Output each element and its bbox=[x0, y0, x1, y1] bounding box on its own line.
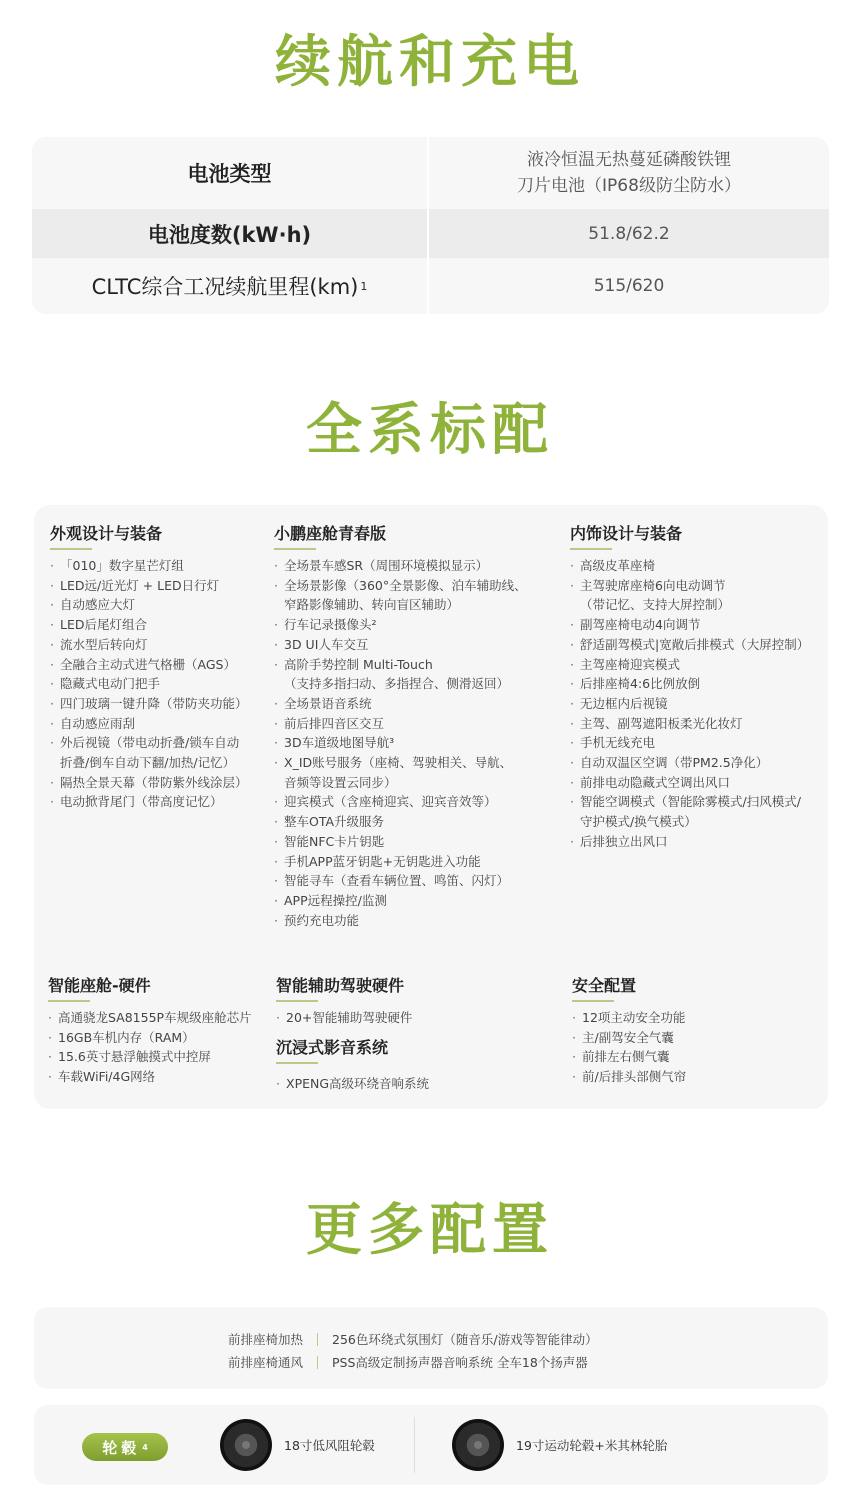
more-config-left: 前排座椅加热 bbox=[228, 1330, 303, 1348]
feature-group-cockpit-hardware: 智能座舱-硬件 高通骁龙SA8155P车规级座舱芯片16GB车机内存（RAM）1… bbox=[48, 973, 273, 1087]
standard-features-card: 外观设计与装备 「010」数字星芒灯组LED远/近光灯 + LED日行灯自动感应… bbox=[34, 505, 828, 1109]
feature-item: APP远程操控/监测 bbox=[274, 891, 564, 911]
feature-item: 主/副驾安全气囊 bbox=[572, 1028, 812, 1048]
more-config-row: 前排座椅加热 256色环绕式氛围灯（随音乐/游戏等智能律动） bbox=[228, 1330, 598, 1348]
feature-item: 守护模式/换气模式） bbox=[570, 812, 830, 832]
wheel-18-icon bbox=[220, 1419, 272, 1471]
feature-item: 迎宾模式（含座椅迎宾、迎宾音效等） bbox=[274, 792, 564, 812]
spec-label-text: 电池度数(kW·h) bbox=[148, 219, 311, 249]
feature-item: 后排独立出风口 bbox=[570, 832, 830, 852]
feature-item: LED后尾灯组合 bbox=[50, 615, 275, 635]
feature-item: LED远/近光灯 + LED日行灯 bbox=[50, 576, 275, 596]
feature-item: 自动双温区空调（带PM2.5净化） bbox=[570, 753, 830, 773]
feature-item: 高阶手势控制 Multi-Touch bbox=[274, 655, 564, 675]
feature-item: 前/后排头部侧气帘 bbox=[572, 1067, 812, 1087]
feature-item: 行车记录摄像头² bbox=[274, 615, 564, 635]
section-title-more: 更多配置 bbox=[0, 1186, 860, 1266]
feature-item: 3D UI人车交互 bbox=[274, 635, 564, 655]
feature-item: 流水型后转向灯 bbox=[50, 635, 275, 655]
feature-group-safety: 安全配置 12项主动安全功能主/副驾安全气囊前排左右侧气囊前/后排头部侧气帘 bbox=[572, 973, 812, 1087]
more-config-row: 前排座椅通风 PSS高级定制扬声器音响系统 全车18个扬声器 bbox=[228, 1353, 588, 1371]
feature-item: 16GB车机内存（RAM） bbox=[48, 1028, 273, 1048]
feature-list: 12项主动安全功能主/副驾安全气囊前排左右侧气囊前/后排头部侧气帘 bbox=[572, 1008, 812, 1087]
feature-item: 后排座椅4:6比例放倒 bbox=[570, 674, 830, 694]
feature-group-adas-hardware: 智能辅助驾驶硬件 20+智能辅助驾驶硬件 bbox=[276, 973, 556, 1028]
feature-item: 智能寻车（查看车辆位置、鸣笛、闪灯） bbox=[274, 871, 564, 891]
spec-value: 液冷恒温无热蔓延磷酸铁锂 刀片电池（IP68级防尘防水） bbox=[429, 137, 829, 209]
feature-group-title: 小鹏座舱青春版 bbox=[274, 521, 386, 550]
battery-spec-table: 电池类型 液冷恒温无热蔓延磷酸铁锂 刀片电池（IP68级防尘防水） 电池度数(k… bbox=[32, 137, 829, 314]
feature-item: 主驾座椅迎宾模式 bbox=[570, 655, 830, 675]
feature-item: 隔热全景天幕（带防紫外线涂层） bbox=[50, 773, 275, 793]
wheel-option-label: 19寸运动轮毂+米其林轮胎 bbox=[516, 1436, 667, 1454]
spec-label-text: 电池类型 bbox=[188, 158, 272, 188]
feature-item: 窄路影像辅助、转向盲区辅助） bbox=[274, 595, 564, 615]
wheel-option-19: 19寸运动轮毂+米其林轮胎 bbox=[452, 1419, 667, 1471]
spec-value-line: 液冷恒温无热蔓延磷酸铁锂 bbox=[527, 147, 731, 173]
feature-item: 全场景影像（360°全景影像、泊车辅助线、 bbox=[274, 576, 564, 596]
spec-label-text: CLTC综合工况续航里程(km) bbox=[92, 271, 359, 301]
spec-label: 电池度数(kW·h) bbox=[32, 209, 429, 258]
feature-item: 四门玻璃一键升降（带防夹功能） bbox=[50, 694, 275, 714]
feature-list: 全场景车感SR（周围环境模拟显示）全场景影像（360°全景影像、泊车辅助线、窄路… bbox=[274, 556, 564, 930]
feature-group-exterior: 外观设计与装备 「010」数字星芒灯组LED远/近光灯 + LED日行灯自动感应… bbox=[50, 521, 275, 812]
feature-item: 主驾驶席座椅6向电动调节 bbox=[570, 576, 830, 596]
section-title-range: 续航和充电 bbox=[0, 18, 860, 98]
feature-item: 3D车道级地图导航³ bbox=[274, 733, 564, 753]
feature-list: 高通骁龙SA8155P车规级座舱芯片16GB车机内存（RAM）15.6英寸悬浮触… bbox=[48, 1008, 273, 1087]
feature-list: XPENG高级环绕音响系统 bbox=[276, 1074, 556, 1094]
spec-value: 51.8/62.2 bbox=[429, 209, 829, 258]
wheel-19-icon bbox=[452, 1419, 504, 1471]
feature-item: 折叠/倒车自动下翻/加热/记忆） bbox=[50, 753, 275, 773]
feature-item: 预约充电功能 bbox=[274, 911, 564, 931]
feature-item: 车载WiFi/4G网络 bbox=[48, 1067, 273, 1087]
feature-item: 整车OTA升级服务 bbox=[274, 812, 564, 832]
feature-item: 12项主动安全功能 bbox=[572, 1008, 812, 1028]
feature-item: 高通骁龙SA8155P车规级座舱芯片 bbox=[48, 1008, 273, 1028]
feature-item: 隐藏式电动门把手 bbox=[50, 674, 275, 694]
spec-value-line: 515/620 bbox=[594, 273, 665, 299]
footnote-mark: 1 bbox=[360, 280, 367, 293]
divider bbox=[317, 1333, 318, 1346]
more-config-right: PSS高级定制扬声器音响系统 全车18个扬声器 bbox=[332, 1353, 588, 1371]
feature-list: 「010」数字星芒灯组LED远/近光灯 + LED日行灯自动感应大灯LED后尾灯… bbox=[50, 556, 275, 812]
feature-item: 外后视镜（带电动折叠/锁车自动 bbox=[50, 733, 275, 753]
feature-item: 全场景语音系统 bbox=[274, 694, 564, 714]
feature-item: 「010」数字星芒灯组 bbox=[50, 556, 275, 576]
feature-group-title: 外观设计与装备 bbox=[50, 521, 162, 550]
table-row: CLTC综合工况续航里程(km)1 515/620 bbox=[32, 258, 829, 314]
feature-item: 前后排四音区交互 bbox=[274, 714, 564, 734]
section-title-standard: 全系标配 bbox=[0, 386, 860, 466]
feature-item: 智能NFC卡片钥匙 bbox=[274, 832, 564, 852]
feature-item: 前排左右侧气囊 bbox=[572, 1047, 812, 1067]
feature-item: 舒适副驾模式|宽敞后排模式（大屏控制） bbox=[570, 635, 830, 655]
feature-item: 主驾、副驾遮阳板柔光化妆灯 bbox=[570, 714, 830, 734]
wheel-option-label: 18寸低风阻轮毂 bbox=[284, 1436, 375, 1454]
feature-item: 20+智能辅助驾驶硬件 bbox=[276, 1008, 556, 1028]
spec-label: CLTC综合工况续航里程(km)1 bbox=[32, 258, 429, 314]
feature-list: 高级皮革座椅主驾驶席座椅6向电动调节（带记忆、支持大屏控制）副驾座椅电动4向调节… bbox=[570, 556, 830, 852]
feature-item: 无边框内后视镜 bbox=[570, 694, 830, 714]
feature-group-title: 安全配置 bbox=[572, 973, 636, 1002]
feature-item: 前排电动隐藏式空调出风口 bbox=[570, 773, 830, 793]
feature-item: 全融合主动式进气格栅（AGS） bbox=[50, 655, 275, 675]
divider bbox=[317, 1356, 318, 1369]
more-config-card: 前排座椅加热 256色环绕式氛围灯（随音乐/游戏等智能律动） 前排座椅通风 PS… bbox=[34, 1307, 828, 1389]
feature-list: 20+智能辅助驾驶硬件 bbox=[276, 1008, 556, 1028]
footnote-mark: 4 bbox=[142, 1443, 148, 1452]
feature-item: 15.6英寸悬浮触摸式中控屏 bbox=[48, 1047, 273, 1067]
feature-group-title: 智能座舱-硬件 bbox=[48, 973, 151, 1002]
feature-item: 自动感应大灯 bbox=[50, 595, 275, 615]
feature-item: 智能空调模式（智能除雾模式/扫风模式/ bbox=[570, 792, 830, 812]
wheel-option-18: 18寸低风阻轮毂 bbox=[220, 1419, 375, 1471]
feature-item: XPENG高级环绕音响系统 bbox=[276, 1074, 556, 1094]
feature-group-title: 沉浸式影音系统 bbox=[276, 1035, 388, 1064]
feature-item: X_ID账号服务（座椅、驾驶相关、导航、 bbox=[274, 753, 564, 773]
feature-group-title: 内饰设计与装备 bbox=[570, 521, 682, 550]
wheel-options-card: 轮毂4 18寸低风阻轮毂 19寸运动轮毂+米其林轮胎 bbox=[34, 1405, 828, 1485]
feature-item: 自动感应雨刮 bbox=[50, 714, 275, 734]
more-config-left: 前排座椅通风 bbox=[228, 1353, 303, 1371]
more-config-right: 256色环绕式氛围灯（随音乐/游戏等智能律动） bbox=[332, 1330, 598, 1348]
spec-value-line: 刀片电池（IP68级防尘防水） bbox=[517, 173, 741, 199]
feature-item: 手机无线充电 bbox=[570, 733, 830, 753]
spec-value-line: 51.8/62.2 bbox=[588, 221, 669, 247]
feature-item: 音频等设置云同步） bbox=[274, 773, 564, 793]
spec-value: 515/620 bbox=[429, 258, 829, 314]
wheel-badge: 轮毂4 bbox=[82, 1433, 168, 1461]
feature-group-cockpit: 小鹏座舱青春版 全场景车感SR（周围环境模拟显示）全场景影像（360°全景影像、… bbox=[274, 521, 564, 930]
table-row: 电池度数(kW·h) 51.8/62.2 bbox=[32, 209, 829, 258]
feature-group-audio: 沉浸式影音系统 XPENG高级环绕音响系统 bbox=[276, 1035, 556, 1094]
spec-label: 电池类型 bbox=[32, 137, 429, 209]
feature-item: 高级皮革座椅 bbox=[570, 556, 830, 576]
wheel-badge-label: 轮毂 bbox=[102, 1437, 140, 1458]
feature-item: 电动掀背尾门（带高度记忆） bbox=[50, 792, 275, 812]
feature-item: 手机APP蓝牙钥匙+无钥匙进入功能 bbox=[274, 852, 564, 872]
divider bbox=[414, 1417, 415, 1473]
feature-item: （支持多指扫动、多指捏合、侧滑返回） bbox=[274, 674, 564, 694]
feature-item: （带记忆、支持大屏控制） bbox=[570, 595, 830, 615]
table-row: 电池类型 液冷恒温无热蔓延磷酸铁锂 刀片电池（IP68级防尘防水） bbox=[32, 137, 829, 209]
feature-group-interior: 内饰设计与装备 高级皮革座椅主驾驶席座椅6向电动调节（带记忆、支持大屏控制）副驾… bbox=[570, 521, 830, 852]
feature-item: 全场景车感SR（周围环境模拟显示） bbox=[274, 556, 564, 576]
feature-item: 副驾座椅电动4向调节 bbox=[570, 615, 830, 635]
feature-group-title: 智能辅助驾驶硬件 bbox=[276, 973, 404, 1002]
